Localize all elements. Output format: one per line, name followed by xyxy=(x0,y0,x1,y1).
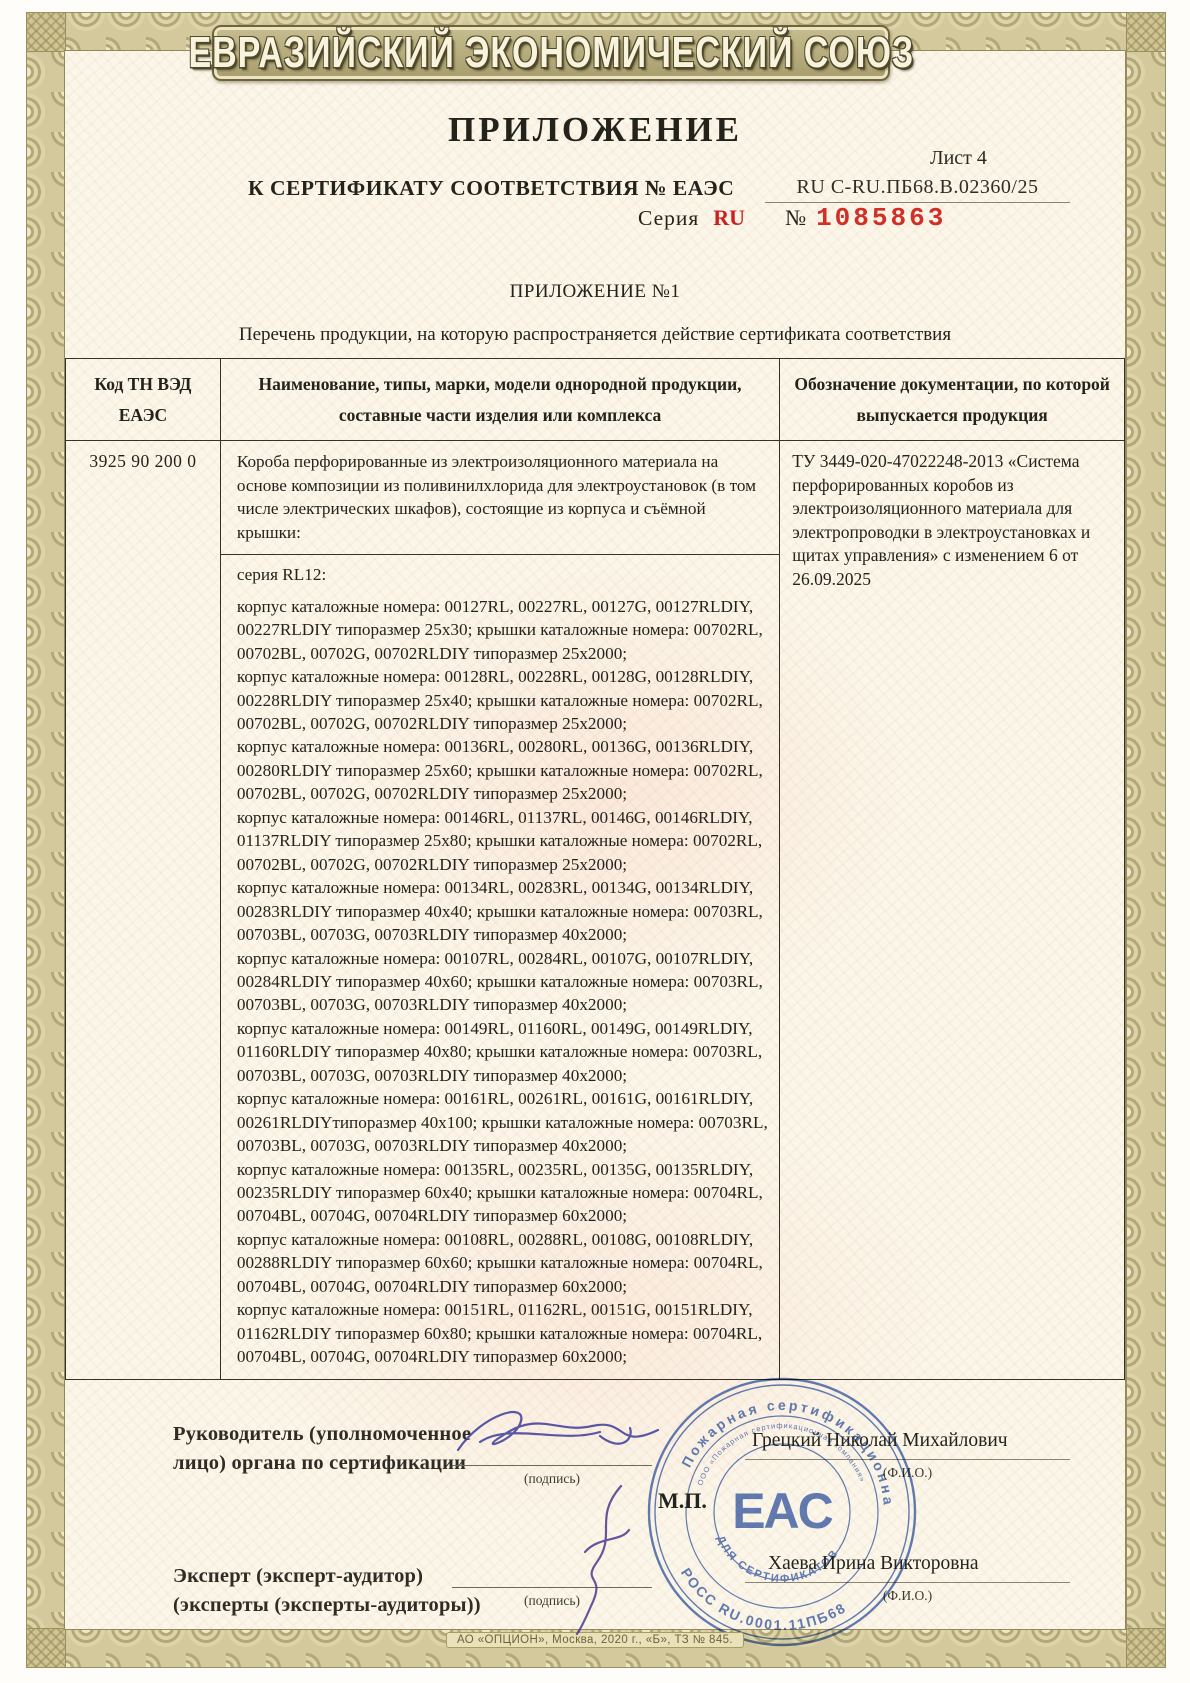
product-item: корпус каталожные номера: 00161RL, 00261… xyxy=(237,1087,775,1157)
product-item: корпус каталожные номера: 00134RL, 00283… xyxy=(237,876,775,946)
page-title: ПРИЛОЖЕНИЕ xyxy=(0,110,1190,150)
product-item: корпус каталожные номера: 00146RL, 01137… xyxy=(237,806,775,876)
expert-name: Хаева Ирина Викторовна xyxy=(768,1553,979,1575)
head-name: Грецкий Николай Михайлович xyxy=(752,1430,1008,1452)
series-label: Серия xyxy=(638,206,699,230)
sheet-number: Лист 4 xyxy=(930,147,987,170)
certificate-number: RU C-RU.ПБ68.В.02360/25 xyxy=(765,176,1070,203)
appendix-description: Перечень продукции, на которую распростр… xyxy=(0,324,1190,346)
blank-number: 1085863 xyxy=(816,203,946,233)
eac-logo: EAC xyxy=(732,1483,832,1539)
certificate-reference-label: К СЕРТИФИКАТУ СООТВЕТСТВИЯ № ЕАЭС xyxy=(248,176,734,201)
head-signature-ink xyxy=(440,1392,680,1482)
header-doc: Обозначение документации, по которой вып… xyxy=(780,359,1125,441)
cell-product-name: Короба перфорированные из электроизоляци… xyxy=(220,441,779,1379)
border-corner-top-left xyxy=(26,12,66,52)
table-header-row: Код ТН ВЭД ЕАЭС Наименование, типы, марк… xyxy=(66,359,1125,441)
product-item: корпус каталожные номера: 00149RL, 01160… xyxy=(237,1017,775,1087)
product-item: корпус каталожные номера: 00127RL, 00227… xyxy=(237,595,775,665)
product-item: корпус каталожные номера: 00128RL, 00228… xyxy=(237,665,775,735)
series-value: RU xyxy=(713,205,745,230)
product-item: корпус каталожные номера: 00151RL, 01162… xyxy=(237,1298,775,1368)
number-sign: № xyxy=(785,205,806,230)
eaeu-banner-text: ЕВРАЗИЙСКИЙ ЭКОНОМИЧЕСКИЙ СОЮЗ xyxy=(188,28,914,78)
mp-seal-mark: М.П. xyxy=(658,1488,707,1514)
eaeu-banner: ЕВРАЗИЙСКИЙ ЭКОНОМИЧЕСКИЙ СОЮЗ xyxy=(212,25,890,81)
product-series-title: серия RL12: xyxy=(221,555,779,586)
product-intro: Короба перфорированные из электроизоляци… xyxy=(221,441,779,555)
border-corner-top-right xyxy=(1126,12,1166,52)
product-item: корпус каталожные номера: 00108RL, 00288… xyxy=(237,1228,775,1298)
border-band-right xyxy=(1126,12,1166,1668)
appendix-subtitle: ПРИЛОЖЕНИЕ №1 xyxy=(0,281,1190,303)
product-item: корпус каталожные номера: 00136RL, 00280… xyxy=(237,735,775,805)
product-item: корпус каталожные номера: 00135RL, 00235… xyxy=(237,1158,775,1228)
product-item: корпус каталожные номера: 00107RL, 00284… xyxy=(237,947,775,1017)
certificate-page: ЕВРАЗИЙСКИЙ ЭКОНОМИЧЕСКИЙ СОЮЗ ПРИЛОЖЕНИ… xyxy=(0,0,1190,1683)
cell-tnved-code: 3925 90 200 0 xyxy=(66,441,221,1379)
header-code: Код ТН ВЭД ЕАЭС xyxy=(66,359,221,441)
product-table: Код ТН ВЭД ЕАЭС Наименование, типы, марк… xyxy=(65,358,1125,1380)
header-name: Наименование, типы, марки, модели одноро… xyxy=(220,359,779,441)
border-band-left xyxy=(26,12,66,1668)
cell-documentation: ТУ 3449-020-47022248-2013 «Система перфо… xyxy=(780,441,1125,1379)
product-items: корпус каталожные номера: 00127RL, 00227… xyxy=(221,587,779,1379)
expert-signature-ink xyxy=(555,1478,645,1638)
table-row: 3925 90 200 0 Короба перфорированные из … xyxy=(66,441,1125,1379)
series-row: СерияRU№1085863 xyxy=(638,203,946,233)
